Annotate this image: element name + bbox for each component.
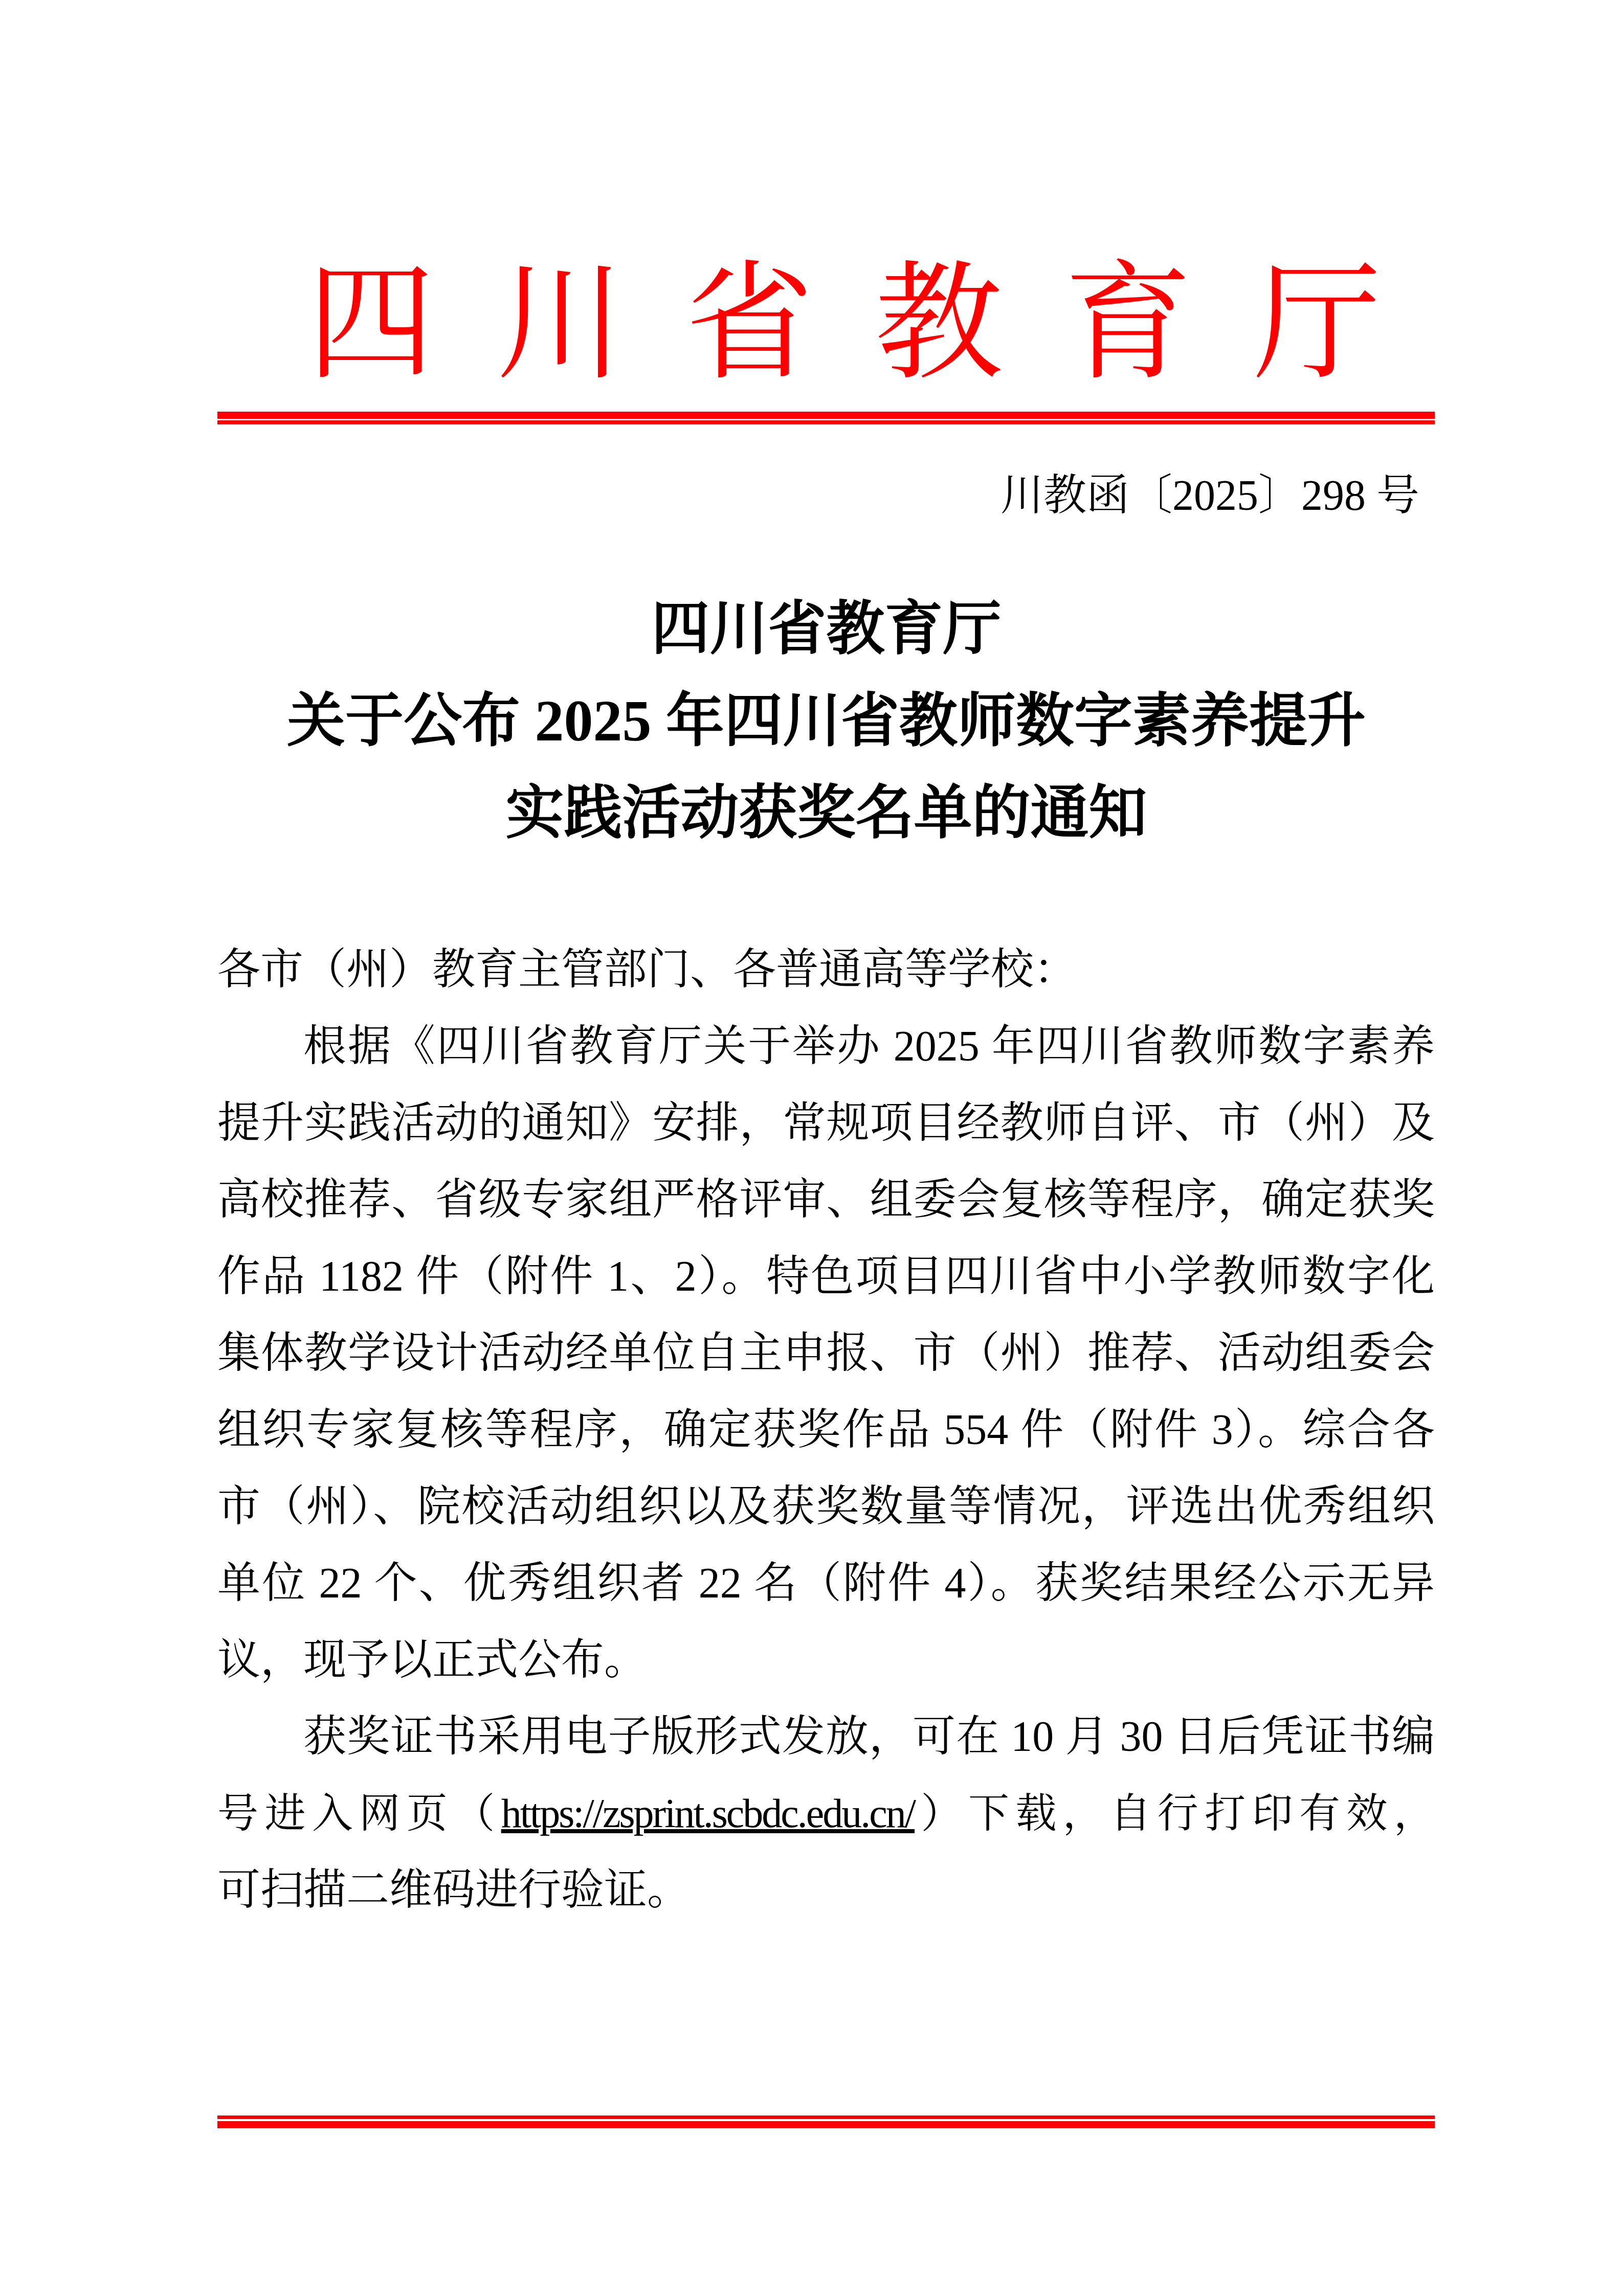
body-line: 组织专家复核等程序，确定获奖作品 554 件（附件 3）。综合各 [217,1392,1435,1469]
body-line-text: 号进入网页（ [217,1791,501,1836]
doc-number: 川教函〔2025〕298 号 [217,468,1435,524]
body-line: 提升实践活动的通知》安排，常规项目经教师自评、市（州）及 [217,1085,1435,1162]
separator-thick-rule [217,2121,1435,2128]
body-line: 集体教学设计活动经单位自主申报、市（州）推荐、活动组委会 [217,1315,1435,1392]
separator-thin-rule [217,2115,1435,2119]
separator-thin-rule [217,420,1435,424]
body-line: 作品 1182 件（附件 1、2）。特色项目四川省中小学教师数字化 [217,1239,1435,1315]
salutation-line: 各市（州）教育主管部门、各普通高等学校： [217,932,1435,1008]
body-line: 议，现予以正式公布。 [217,1622,1435,1699]
body-line: 高校推荐、省级专家组严格评审、组委会复核等程序，确定获奖 [217,1162,1435,1239]
body-line: 获奖证书采用电子版形式发放，可在 10 月 30 日后凭证书编 [217,1699,1435,1775]
body-line: 市（州）、院校活动组织以及获奖数量等情况，评选出优秀组织 [217,1469,1435,1545]
body-line-text: ）下载，自行打印有效， [915,1791,1435,1836]
body-line: 可扫描二维码进行验证。 [217,1852,1435,1929]
header-separator [217,412,1435,424]
body-line: 根据《四川省教育厅关于举办 2025 年四川省教师数字素养 [217,1008,1435,1085]
official-notice-page: 四川省教育厅 川教函〔2025〕298 号 四川省教育厅 关于公布 2025 年… [0,0,1624,2296]
notice-body: 各市（州）教育主管部门、各普通高等学校： 根据《四川省教育厅关于举办 2025 … [217,932,1435,1929]
notice-title-line-2: 关于公布 2025 年四川省教师数字素养提升 [14,675,1624,767]
notice-title-line-1: 四川省教育厅 [14,583,1624,675]
agency-letterhead-text: 四川省教育厅 [307,233,1443,417]
notice-title: 四川省教育厅 关于公布 2025 年四川省教师数字素养提升 实践活动获奖名单的通… [14,583,1624,859]
body-line: 号进入网页（https://zsprint.scbdc.edu.cn/）下载，自… [217,1775,1435,1852]
notice-title-line-3: 实践活动获奖名单的通知 [14,767,1624,859]
body-line: 单位 22 个、优秀组织者 22 名（附件 4）。获奖结果经公示无异 [217,1545,1435,1622]
certificate-download-url[interactable]: https://zsprint.scbdc.edu.cn/ [501,1791,915,1836]
footer-separator [217,2115,1435,2128]
separator-thick-rule [217,412,1435,419]
